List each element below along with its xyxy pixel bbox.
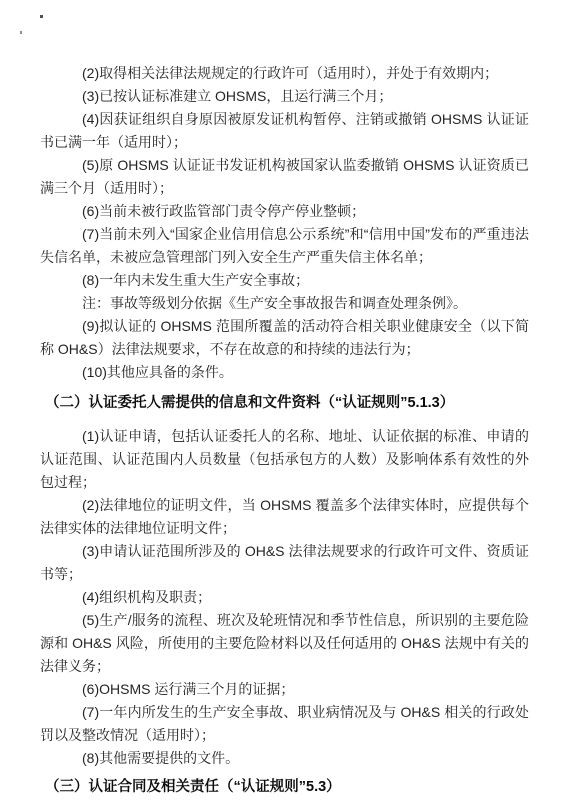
paragraph: (6)当前未被行政监管部门责令停产停业整顿； — [40, 200, 529, 223]
paragraph: (2)法律地位的证明文件，当 OHSMS 覆盖多个法律实体时，应提供每个法律实体… — [40, 494, 529, 540]
section-heading-2: （二）认证委托人需提供的信息和文件资料（“认证规则”5.1.3） — [45, 392, 529, 415]
paragraph: (4)因获证组织自身原因被原发证机构暂停、注销或撤销 OHSMS 认证证书已满一… — [40, 108, 529, 154]
scan-speck-icon — [20, 31, 22, 34]
document-page: (2)取得相关法律法规规定的行政许可（适用时），并处于有效期内； (3)已按认证… — [0, 0, 566, 800]
document-content: (2)取得相关法律法规规定的行政许可（适用时），并处于有效期内； (3)已按认证… — [40, 62, 529, 799]
paragraph: (8)一年内未发生重大生产安全事故； — [40, 269, 529, 292]
note-paragraph: 注：事故等级划分依据《生产安全事故报告和调查处理条例》。 — [40, 292, 529, 315]
paragraph: (7)一年内所发生的生产安全事故、职业病情况及与 OH&S 相关的行政处罚以及整… — [40, 701, 529, 747]
paragraph: (5)原 OHSMS 认证证书发证机构被国家认监委撤销 OHSMS 认证资质已满… — [40, 154, 529, 200]
scan-speck-icon — [40, 15, 43, 18]
paragraph: (9)拟认证的 OHSMS 范围所覆盖的活动符合相关职业健康安全（以下简称 OH… — [40, 315, 529, 361]
paragraph: (7)当前未列入“国家企业信用信息公示系统”和“信用中国”发布的严重违法失信名单… — [40, 223, 529, 269]
section-heading-3: （三）认证合同及相关责任（“认证规则”5.3） — [45, 776, 529, 799]
paragraph: (5)生产/服务的流程、班次及轮班情况和季节性信息，所识别的主要危险源和 OH&… — [40, 609, 529, 678]
paragraph: (4)组织机构及职责； — [40, 586, 529, 609]
paragraph: (1)认证申请，包括认证委托人的名称、地址、认证依据的标准、申请的认证范围、认证… — [40, 425, 529, 494]
paragraph: (3)申请认证范围所涉及的 OH&S 法律法规要求的行政许可文件、资质证书等； — [40, 540, 529, 586]
paragraph: (6)OHSMS 运行满三个月的证据； — [40, 678, 529, 701]
paragraph: (2)取得相关法律法规规定的行政许可（适用时），并处于有效期内； — [40, 62, 529, 85]
paragraph: (10)其他应具备的条件。 — [40, 361, 529, 384]
paragraph: (3)已按认证标准建立 OHSMS，且运行满三个月； — [40, 85, 529, 108]
paragraph: (8)其他需要提供的文件。 — [40, 747, 529, 770]
